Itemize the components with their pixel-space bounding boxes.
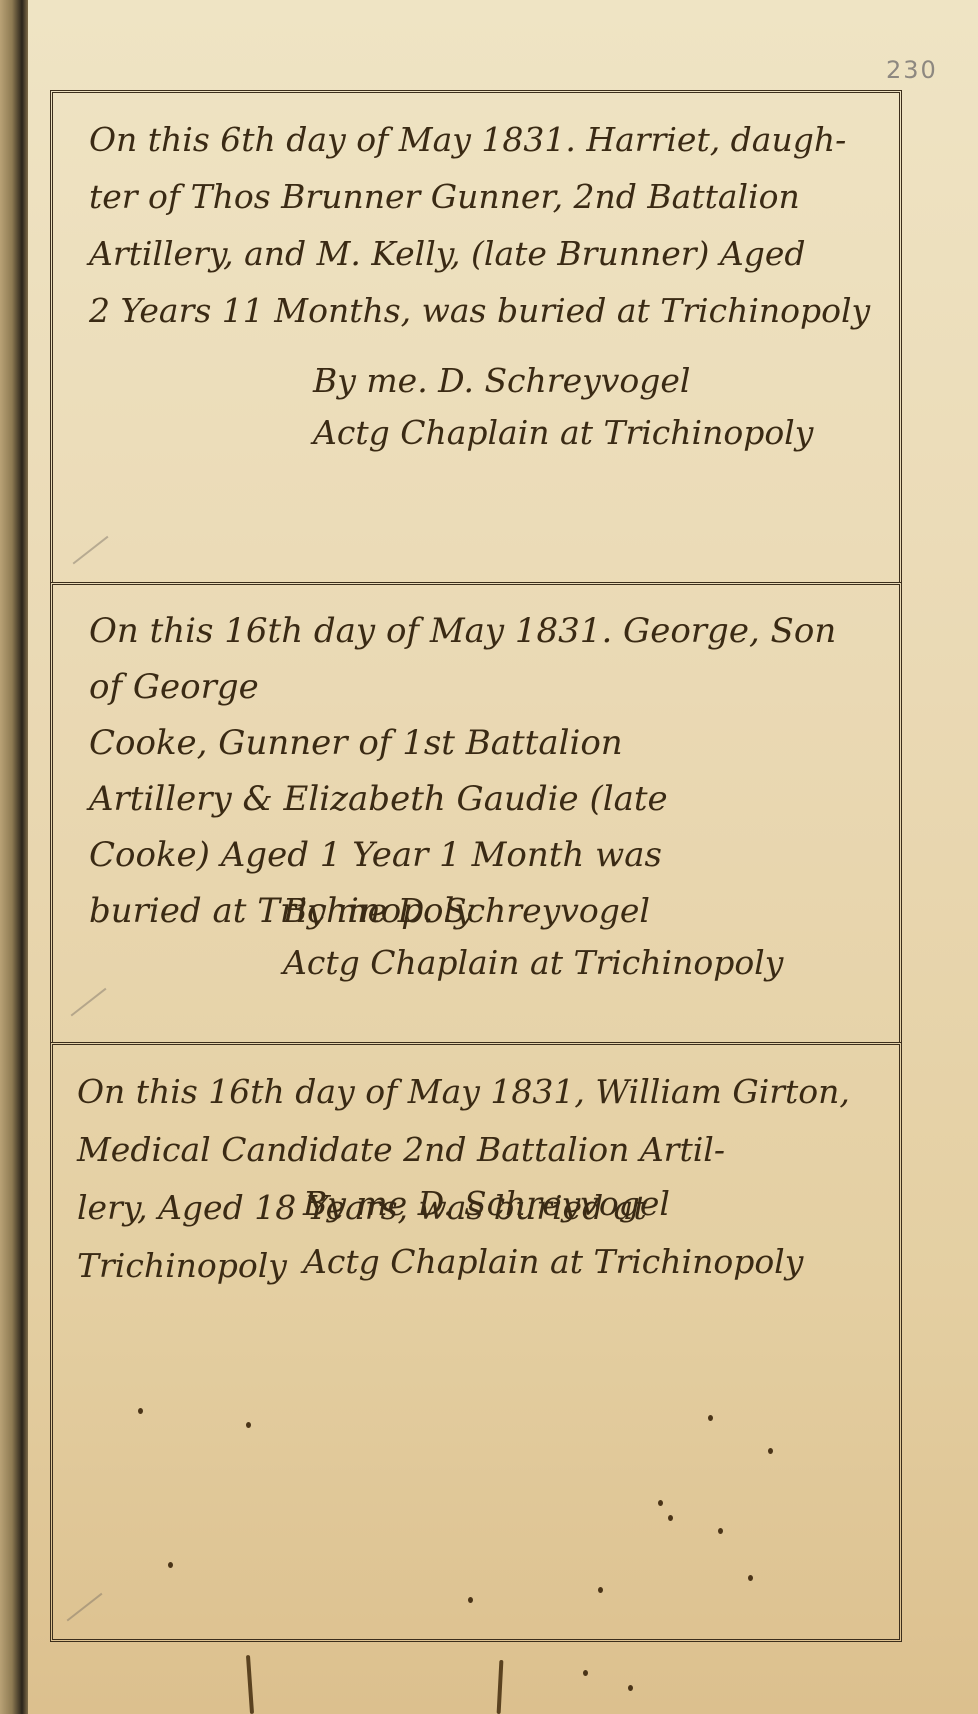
ink-speck	[138, 1408, 143, 1414]
entry-line: Artillery & Elizabeth Gaudie (late	[89, 771, 879, 827]
chaplain-signature: By me D. Schreyvogel Actg Chaplain at Tr…	[283, 885, 889, 989]
ink-stroke	[246, 1655, 254, 1714]
entry-line: On this 16th day of May 1831, William Gi…	[77, 1063, 879, 1121]
entry-line: Artillery, and M. Kelly, (late Brunner) …	[89, 225, 879, 282]
check-mark-icon	[60, 974, 107, 1017]
entry-line: 2 Years 11 Months, was buried at Trichin…	[89, 282, 879, 339]
ink-speck	[583, 1670, 588, 1676]
ink-speck	[246, 1422, 251, 1428]
entry-line: Cooke, Gunner of 1st Battalion	[89, 715, 879, 771]
register-entry: On this 16th day of May 1831. George, So…	[50, 582, 902, 1042]
signature-name: By me D. Schreyvogel	[303, 1175, 889, 1233]
register-page: 230 On this 6th day of May 1831. Harriet…	[28, 0, 978, 1714]
register-entry: On this 6th day of May 1831. Harriet, da…	[50, 90, 902, 582]
signature-title: Actg Chaplain at Trichinopoly	[313, 407, 889, 459]
check-mark-icon	[62, 522, 109, 565]
entry-line: On this 6th day of May 1831. Harriet, da…	[89, 111, 879, 168]
ink-speck	[768, 1448, 773, 1454]
entry-line: Medical Candidate 2nd Battalion Artil-	[77, 1121, 879, 1179]
ink-speck	[598, 1587, 603, 1593]
ink-speck	[718, 1528, 723, 1534]
chaplain-signature: By me D. Schreyvogel Actg Chaplain at Tr…	[303, 1175, 889, 1291]
entry-line: ter of Thos Brunner Gunner, 2nd Battalio…	[89, 168, 879, 225]
ink-speck	[748, 1575, 753, 1581]
signature-title: Actg Chaplain at Trichinopoly	[303, 1233, 889, 1291]
page-number: 230	[886, 56, 938, 84]
signature-title: Actg Chaplain at Trichinopoly	[283, 937, 889, 989]
signature-name: By me. D. Schreyvogel	[313, 355, 889, 407]
ink-speck	[658, 1500, 663, 1506]
entry-line: Cooke) Aged 1 Year 1 Month was	[89, 827, 879, 883]
signature-name: By me D. Schreyvogel	[283, 885, 889, 937]
entry-line: On this 16th day of May 1831. George, So…	[89, 603, 879, 715]
chaplain-signature: By me. D. Schreyvogel Actg Chaplain at T…	[313, 355, 889, 459]
ink-speck	[468, 1597, 473, 1603]
entry-body: On this 6th day of May 1831. Harriet, da…	[89, 111, 879, 339]
register-entry: On this 16th day of May 1831, William Gi…	[50, 1042, 902, 1642]
ink-speck	[668, 1515, 673, 1521]
check-mark-icon	[56, 1579, 103, 1622]
ink-speck	[628, 1685, 633, 1691]
ink-speck	[168, 1562, 173, 1568]
ink-speck	[708, 1415, 713, 1421]
ink-stroke	[497, 1660, 504, 1714]
burial-register-table: On this 6th day of May 1831. Harriet, da…	[50, 90, 902, 1645]
